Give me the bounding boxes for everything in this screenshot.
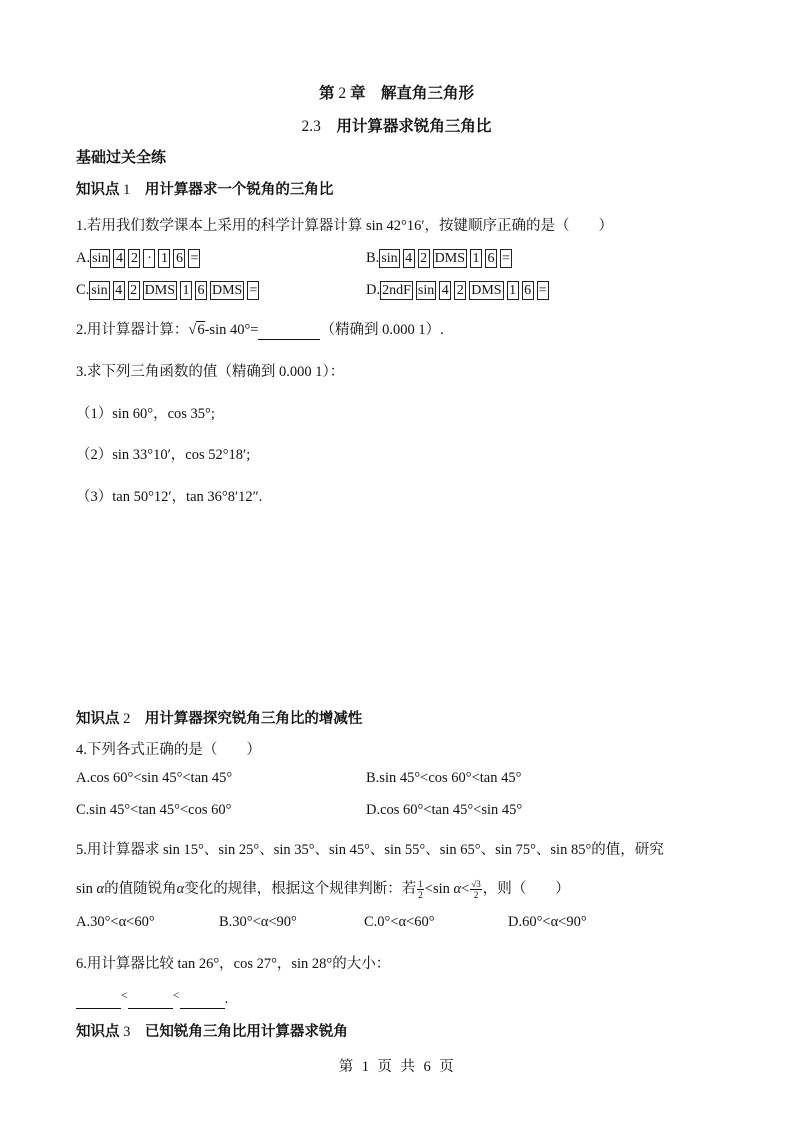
option-label: B. — [366, 250, 379, 266]
calculator-key: 4 — [113, 281, 125, 300]
q5-option-b[interactable]: B.30°<α<90° — [219, 914, 297, 931]
denominator: 2 — [418, 890, 423, 900]
calculator-key: 1 — [507, 281, 519, 300]
question-4-stem: 4.下列各式正确的是（ ） — [76, 738, 261, 759]
question-2: 2.用计算器计算：√6-sin 40°= （精确到 0.000 1）. — [76, 318, 444, 340]
calculator-key: 1 — [158, 249, 170, 268]
question-6-answer: < < . — [76, 988, 228, 1009]
kp-number: 3 — [123, 1024, 130, 1040]
calculator-key: = — [500, 249, 512, 268]
question-5-line-1: 5.用计算器求 sin 15°、sin 25°、sin 35°、sin 45°、… — [76, 838, 664, 859]
text: sin — [76, 881, 97, 897]
option-label: A. — [76, 250, 90, 266]
q1-option-c[interactable]: C.sin42DMS16DMS= — [76, 281, 259, 300]
calculator-key: DMS — [143, 281, 177, 300]
calculator-key: · — [143, 249, 155, 268]
section-name: 用计算器求锐角三角比 — [336, 118, 491, 135]
less-than: < — [461, 881, 469, 897]
option-label: C. — [76, 282, 89, 298]
q2-expression: -sin 40°= — [205, 322, 259, 338]
calculator-key: DMS — [210, 281, 244, 300]
calculator-key: 6 — [522, 281, 534, 300]
kp-prefix: 知识点 — [76, 711, 120, 727]
q4-option-a[interactable]: A.cos 60°<sin 45°<tan 45° — [76, 770, 232, 787]
chapter-title: 第 2 章 解直角三角形 — [0, 81, 793, 103]
text: <sin — [425, 881, 454, 897]
calculator-key: 6 — [485, 249, 497, 268]
chapter-name: 解直角三角形 — [381, 85, 474, 102]
text: 的值随锐角 — [104, 881, 177, 897]
total-pages: 6 — [424, 1059, 432, 1075]
answer-blank-3[interactable] — [180, 991, 225, 1009]
q4-option-d[interactable]: D.cos 60°<tan 45°<sin 45° — [366, 802, 522, 819]
kp-prefix: 知识点 — [76, 1024, 120, 1040]
calculator-key: 6 — [173, 249, 185, 268]
calculator-key: 6 — [195, 281, 207, 300]
q5-option-a[interactable]: A.30°<α<60° — [76, 914, 155, 931]
kp-title: 已知锐角三角比用计算器求锐角 — [145, 1024, 348, 1040]
q1-option-a[interactable]: A.sin42·16= — [76, 249, 200, 268]
question-1-stem: 1.若用我们数学课本上采用的科学计算器计算 sin 42°16′，按键顺序正确的… — [76, 214, 613, 235]
q1-option-d[interactable]: D.2ndFsin42DMS16= — [366, 281, 549, 300]
key-sequence: sin42DMS16= — [379, 249, 512, 268]
chapter-prefix: 第 — [319, 85, 335, 102]
less-than: < — [173, 988, 180, 1002]
footer-text: 页 — [378, 1059, 393, 1075]
numerator: √3 — [470, 879, 481, 890]
chapter-number: 2 — [338, 85, 346, 102]
calculator-key: 2 — [128, 281, 140, 300]
q3-item-3: （3）tan 50°12′，tan 36°8′12″. — [76, 485, 262, 506]
section-number: 2.3 — [302, 118, 321, 135]
q5-option-d[interactable]: D.60°<α<90° — [508, 914, 587, 931]
section-title: 2.3 用计算器求锐角三角比 — [0, 114, 793, 136]
period: . — [225, 991, 229, 1007]
footer-text: 共 — [401, 1059, 416, 1075]
key-sequence: sin42·16= — [90, 249, 200, 268]
calculator-key: sin — [416, 281, 436, 300]
less-than: < — [121, 988, 128, 1002]
calculator-key: 4 — [403, 249, 415, 268]
question-5-line-2: sin α的值随锐角α变化的规律，根据这个规律判断：若12<sin α<√32，… — [76, 877, 570, 900]
alpha-symbol: α — [454, 881, 462, 897]
calculator-key: sin — [379, 249, 399, 268]
kp-title: 用计算器探究锐角三角比的增减性 — [145, 711, 363, 727]
calculator-key: 2 — [454, 281, 466, 300]
kp-title: 用计算器求一个锐角的三角比 — [145, 182, 334, 198]
answer-blank-2[interactable] — [128, 991, 173, 1009]
calculator-key: 4 — [439, 281, 451, 300]
calculator-key: = — [247, 281, 259, 300]
calculator-key: = — [537, 281, 549, 300]
radicand: 3 — [476, 879, 481, 889]
q3-item-1: （1）sin 60°，cos 35°; — [76, 402, 215, 423]
knowledge-point-2: 知识点 2 用计算器探究锐角三角比的增减性 — [76, 707, 362, 728]
page-footer: 第1页共6页 — [0, 1055, 793, 1076]
kp-number: 1 — [123, 182, 130, 198]
q5-option-c[interactable]: C.0°<α<60° — [364, 914, 435, 931]
calculator-key: sin — [90, 249, 110, 268]
practice-heading: 基础过关全练 — [76, 146, 166, 167]
q1-option-b[interactable]: B.sin42DMS16= — [366, 249, 512, 268]
calculator-key: sin — [89, 281, 109, 300]
knowledge-point-3: 知识点 3 已知锐角三角比用计算器求锐角 — [76, 1020, 348, 1041]
denominator: 2 — [474, 890, 479, 900]
calculator-key: DMS — [469, 281, 503, 300]
q3-item-2: （2）sin 33°10′，cos 52°18′; — [76, 443, 250, 464]
q2-suffix: （精确到 0.000 1）. — [320, 322, 443, 338]
option-label: D. — [366, 282, 380, 298]
answer-blank[interactable] — [258, 322, 320, 340]
chapter-suffix: 章 — [350, 85, 366, 102]
calculator-key: DMS — [433, 249, 467, 268]
sqrt-expression: √6 — [188, 322, 204, 339]
calculator-key: 1 — [180, 281, 192, 300]
radicand: 6 — [196, 321, 204, 338]
calculator-key: 2ndF — [380, 281, 413, 300]
calculator-key: = — [188, 249, 200, 268]
calculator-key: 2 — [418, 249, 430, 268]
footer-text: 第 — [339, 1059, 354, 1075]
q4-option-b[interactable]: B.sin 45°<cos 60°<tan 45° — [366, 770, 521, 787]
text: ，则（ ） — [483, 881, 570, 897]
key-sequence: 2ndFsin42DMS16= — [380, 281, 549, 300]
key-sequence: sin42DMS16DMS= — [89, 281, 259, 300]
q4-option-c[interactable]: C.sin 45°<tan 45°<cos 60° — [76, 802, 231, 819]
text: 变化的规律，根据这个规律判断：若 — [184, 881, 416, 897]
question-6-stem: 6.用计算器比较 tan 26°，cos 27°，sin 28°的大小： — [76, 952, 390, 973]
answer-blank-1[interactable] — [76, 991, 121, 1009]
fraction-sqrt3-half: √32 — [470, 879, 481, 900]
kp-number: 2 — [123, 711, 130, 727]
footer-text: 页 — [439, 1059, 454, 1075]
numerator: 1 — [417, 879, 424, 890]
knowledge-point-1: 知识点 1 用计算器求一个锐角的三角比 — [76, 178, 333, 199]
calculator-key: 4 — [113, 249, 125, 268]
kp-prefix: 知识点 — [76, 182, 120, 198]
q2-prefix: 2.用计算器计算： — [76, 322, 188, 338]
current-page: 1 — [362, 1059, 370, 1075]
fraction-one-half: 12 — [417, 879, 424, 900]
question-3-stem: 3.求下列三角函数的值（精确到 0.000 1）： — [76, 360, 344, 381]
calculator-key: 1 — [470, 249, 482, 268]
calculator-key: 2 — [128, 249, 140, 268]
